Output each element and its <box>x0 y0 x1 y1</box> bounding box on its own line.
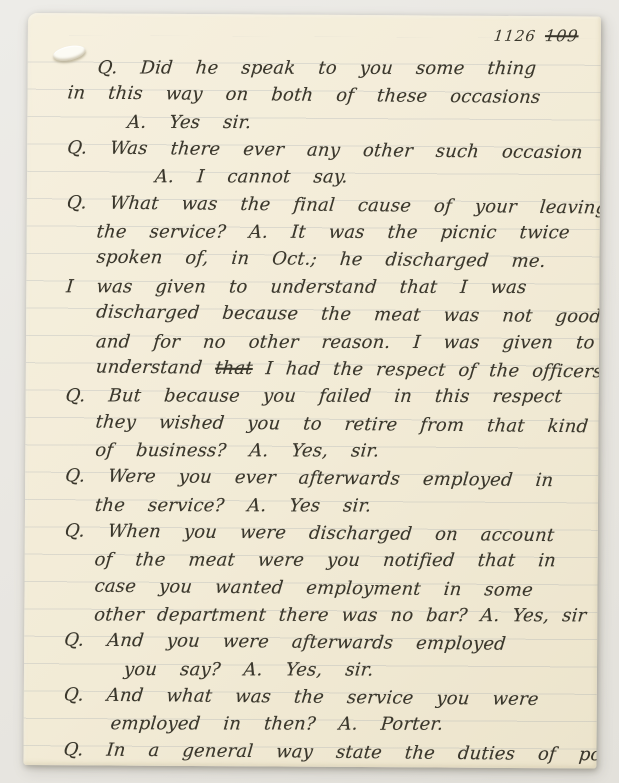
handwritten-line: Q. And what was the service you were <box>63 683 540 712</box>
handwritten-line: A. Yes sir. <box>126 111 252 135</box>
manuscript-page: 1126109 Q. Did he speak to you some thin… <box>23 13 601 768</box>
handwritten-line: discharged because the meat was not good… <box>95 301 601 330</box>
struck-word: that <box>214 358 254 379</box>
handwritten-line: Q. Was there ever any other such occasio… <box>66 136 584 165</box>
handwritten-line: the service? A. It was the picnic twice <box>96 221 571 246</box>
handwritten-line: you say? A. Yes, sir. <box>123 658 375 682</box>
handwritten-line: Q. What was the final cause of your leav… <box>66 191 601 220</box>
handwritten-line: of the meat were you notified that in <box>93 549 557 574</box>
punch-hole <box>52 43 87 63</box>
handwritten-line: Q. In a general way state the duties of … <box>62 738 601 767</box>
handwritten-line: Q. Were you ever afterwards employed in <box>64 465 554 494</box>
handwritten-line: understand that I had the respect of the… <box>95 355 601 384</box>
handwritten-line: the service? A. Yes sir. <box>94 494 372 518</box>
handwritten-line: Q. But because you failed in this respec… <box>64 385 563 410</box>
handwritten-line: Q. When you were discharged on account <box>64 519 556 548</box>
page-number-current: 1126 <box>493 27 537 45</box>
handwritten-line: spoken of, in Oct.; he discharged me. <box>95 246 546 274</box>
handwritten-line: employed in then? A. Porter. <box>110 713 445 738</box>
handwritten-line: A. I cannot say. <box>154 166 349 190</box>
page-number: 1126109 <box>493 26 580 46</box>
handwritten-line: I was given to understand that I was <box>65 275 527 300</box>
handwritten-line: they wished you to retire from that kind <box>94 410 589 439</box>
handwritten-line: case you wanted employment in some <box>93 574 534 602</box>
page-number-cancelled: 109 <box>544 26 580 45</box>
handwritten-line: of business? A. Yes, sir. <box>94 439 380 463</box>
handwritten-line: and for no other reason. I was given to <box>95 330 596 355</box>
handwritten-line: Q. Did he speak to you some thing <box>97 56 538 81</box>
handwriting-block: Q. Did he speak to you some thingin this… <box>28 13 601 17</box>
handwritten-line: other department there was no bar? A. Ye… <box>93 603 587 628</box>
handwritten-line: Q. And you were afterwards employed <box>63 629 507 657</box>
scan-background: 1126109 Q. Did he speak to you some thin… <box>0 0 619 783</box>
handwritten-line: in this way on both of these occasions <box>66 82 541 111</box>
